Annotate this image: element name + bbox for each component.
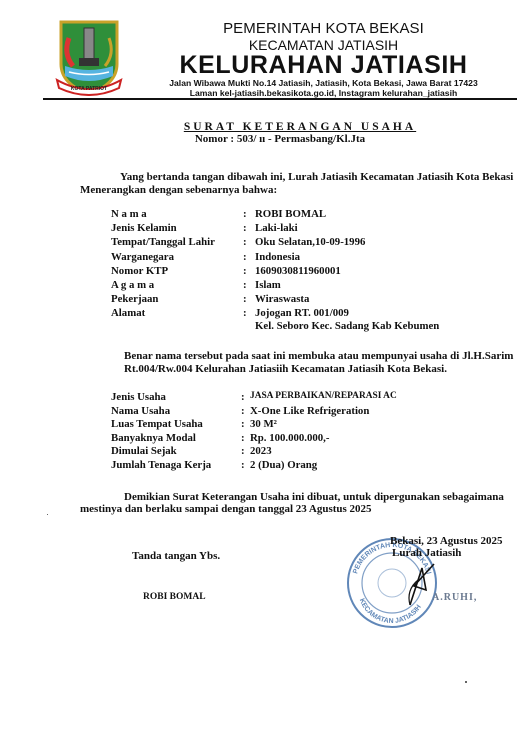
signature-place-date: Bekasi, 23 Agustus 2025 — [390, 535, 502, 547]
field-label: Tempat/Tanggal Lahir — [111, 236, 215, 248]
business-location-line-1: Benar nama tersebut pada saat ini membuk… — [124, 350, 513, 363]
field-value: 30 M² — [250, 418, 277, 430]
letter-number: Nomor : 503/ ıı - Permasbang/Kl.Jta — [140, 133, 420, 145]
field-label: Luas Tempat Usaha — [111, 418, 203, 430]
letter-title: SURAT KETERANGAN USAHA — [140, 121, 460, 133]
field-value: 1609030811960001 — [255, 265, 341, 277]
header-government: PEMERINTAH KOTA BEKASI — [130, 20, 517, 37]
business-location-line-2: Rt.004/Rw.004 Kelurahan Jatiasiih Kecama… — [124, 363, 447, 376]
field-label: N a m a — [111, 208, 147, 220]
field-value: Oku Selatan,10-09-1996 — [255, 236, 365, 248]
field-colon: : — [243, 222, 247, 234]
intro-line-1: Yang bertanda tangan dibawah ini, Lurah … — [120, 171, 513, 184]
field-value: Rp. 100.000.000,- — [250, 432, 329, 444]
field-colon: : — [241, 459, 245, 471]
intro-line-2: Menerangkan dengan sebenarnya bahwa: — [80, 184, 277, 197]
field-colon: : — [243, 236, 247, 248]
svg-text:KOTA PATRIOT: KOTA PATRIOT — [71, 86, 107, 92]
field-value: Jojogan RT. 001/009 — [255, 307, 349, 319]
field-label: Nama Usaha — [111, 405, 170, 417]
field-colon: : — [243, 293, 247, 305]
field-label: Jenis Usaha — [111, 391, 166, 403]
field-value: X-One Like Refrigeration — [250, 405, 369, 417]
speck — [47, 514, 48, 515]
field-colon: : — [241, 445, 245, 457]
field-colon: : — [243, 251, 247, 263]
field-value: ROBI BOMAL — [255, 208, 326, 220]
handwritten-signature-icon — [400, 560, 440, 615]
field-colon: : — [243, 279, 247, 291]
field-label: Pekerjaan — [111, 293, 158, 305]
field-colon: : — [241, 405, 245, 417]
field-value: Laki-laki — [255, 222, 298, 234]
holder-name: ROBI BOMAL — [143, 592, 206, 602]
signature-position: Lurah Jatiasih — [392, 547, 461, 559]
field-value: 2023 — [250, 445, 272, 457]
field-label: Banyaknya Modal — [111, 432, 196, 444]
field-label: Jumlah Tenaga Kerja — [111, 459, 211, 471]
field-label: Nomor KTP — [111, 265, 168, 277]
header-website: Laman kel-jatiasih.bekasikota.go.id, Ins… — [130, 88, 517, 98]
field-label: Alamat — [111, 307, 145, 319]
kota-bekasi-logo-icon: KOTA PATRIOT — [55, 14, 123, 96]
field-colon: : — [241, 391, 245, 403]
field-colon: : — [243, 208, 247, 220]
header-address: Jalan Wibawa Mukti No.14 Jatiasih, Jatia… — [130, 78, 517, 88]
field-value: Indonesia — [255, 251, 300, 263]
field-value: Wiraswasta — [255, 293, 309, 305]
field-label: Dimulai Sejak — [111, 445, 177, 457]
header-divider — [43, 98, 517, 100]
field-colon: : — [243, 265, 247, 277]
field-label: Warganegara — [111, 251, 174, 263]
field-value: JASA PERBAIKAN/REPARASI AC — [250, 391, 397, 401]
field-colon: : — [241, 418, 245, 430]
field-value: Islam — [255, 279, 281, 291]
closing-line-2: mestinya dan berlaku sampai dengan tangg… — [80, 503, 372, 516]
speck — [465, 681, 467, 683]
header-village: KELURAHAN JATIASIH — [130, 51, 517, 80]
field-value: 2 (Dua) Orang — [250, 459, 317, 471]
holder-signature-label: Tanda tangan Ybs. — [132, 550, 220, 562]
field-label: Jenis Kelamin — [111, 222, 177, 234]
field-colon: : — [243, 307, 247, 319]
signer-name: A.RUHI, — [432, 592, 477, 603]
field-colon: : — [241, 432, 245, 444]
field-label: A g a m a — [111, 279, 154, 291]
address-line-2: Kel. Seboro Kec. Sadang Kab Kebumen — [255, 320, 439, 333]
